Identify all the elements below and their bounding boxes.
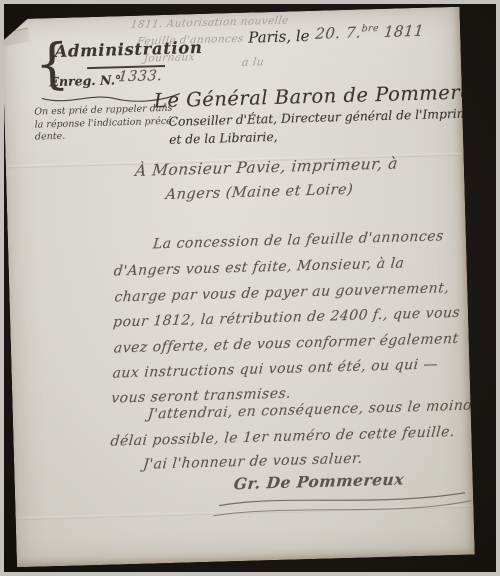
enreg-label: Enreg. N.°	[49, 72, 121, 89]
letter-paper: 1811. Autorisation nouvelle Feuille d'an…	[2, 7, 475, 568]
body-line: charge par vous de payer au gouvernement…	[114, 280, 450, 305]
heading-title2: et de la Librairie,	[169, 130, 278, 147]
date-year: 1811	[383, 22, 425, 41]
date-month-suffix: bre	[361, 23, 379, 35]
printed-note-line: dente.	[35, 128, 176, 144]
body-line: pour 1812, la rétribution de 2400 f., qu…	[112, 305, 461, 331]
enreg-number: 1333.	[118, 68, 164, 85]
body-line: délai possible, le 1er numéro de cette f…	[110, 424, 456, 450]
address-line1: À Monsieur Pavie, imprimeur, à	[134, 154, 399, 179]
body-line: d'Angers vous est faite, Monsieur, à la	[113, 255, 405, 279]
body-line: avez offerte, et de vous conformer égale…	[113, 331, 459, 357]
photo-of-letter: 1811. Autorisation nouvelle Feuille d'an…	[0, 0, 500, 576]
date-month: 7.	[345, 23, 362, 41]
dateline-printed: Paris, le	[248, 27, 310, 47]
address-line2: Angers (Maine et Loire)	[165, 182, 354, 203]
closing-salutation: J'ai l'honneur de vous saluer.	[142, 451, 363, 473]
signature: Gr. De Pommereux	[233, 469, 405, 493]
date-day: 20.	[314, 24, 341, 43]
signature-flourish	[213, 488, 476, 523]
body-line: aux instructions qui vous ont été, ou qu…	[112, 356, 439, 381]
dateline-handwritten: 20. 7.bre 1811	[314, 22, 424, 43]
body-line: La concession de la feuille d'annonces	[152, 228, 444, 252]
pencil-annotation-alu: a lu	[241, 55, 265, 69]
